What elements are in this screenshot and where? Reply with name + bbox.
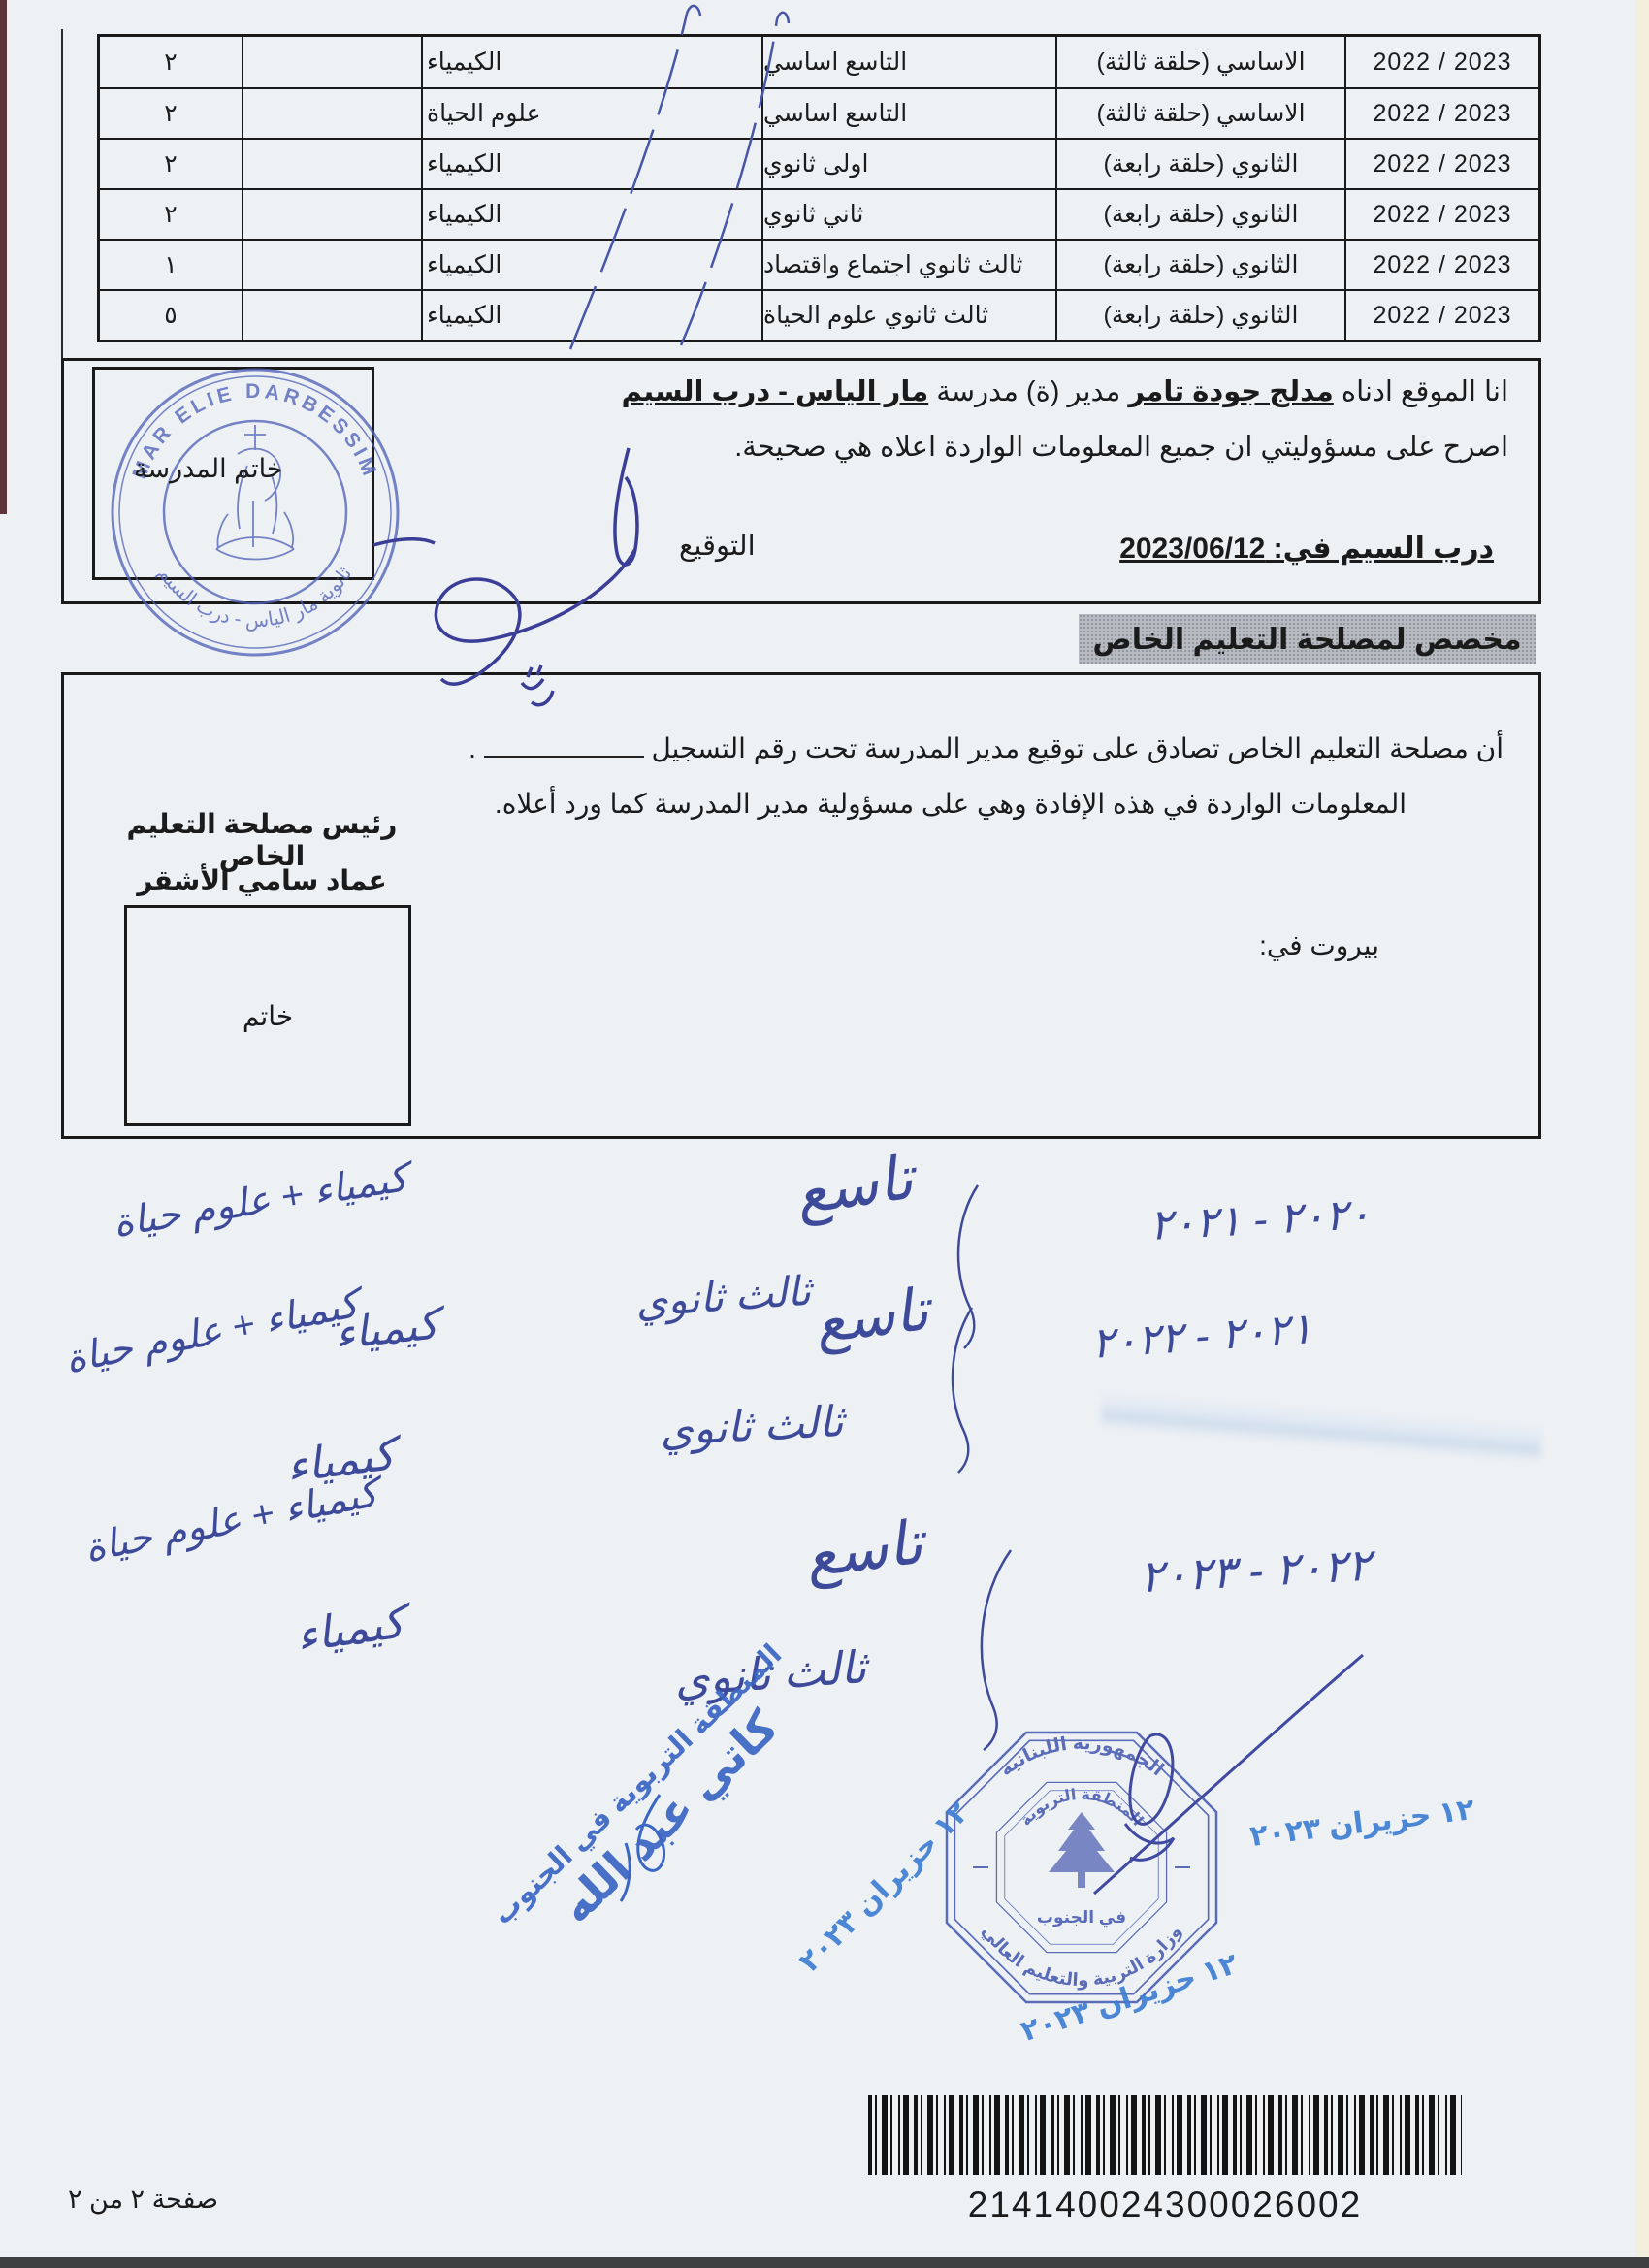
- svg-text:الجمهورية اللبنانية: الجمهورية اللبنانية: [996, 1733, 1167, 1780]
- date-stamp: ١٢ حزيران ٢٠٢٣: [1248, 1793, 1476, 1854]
- regional-clerk-name: كاتي عبد الله: [489, 1664, 826, 1993]
- classes-table: ٢ الكيمياء التاسع اساسي الاساسي (حلقة ثا…: [97, 34, 1541, 342]
- table-cell-grade: التاسع اساسي: [761, 37, 1055, 87]
- octagon-south-text: في الجنوب: [1037, 1908, 1126, 1928]
- table-cell-year: 2022 / 2023: [1344, 289, 1538, 340]
- table-cell-subject: الكيمياء: [421, 188, 761, 239]
- chief-name: عماد سامي الأشقر: [87, 864, 436, 896]
- handwritten-years: ٢٠٢٠ - ٢٠٢١: [1148, 1189, 1373, 1250]
- scan-edge-bottom: [0, 2257, 1649, 2268]
- declaration-prefix: انا الموقع ادناه: [1342, 376, 1508, 407]
- certification-line-2: المعلومات الواردة في هذه الإفادة وهي على…: [495, 788, 1406, 820]
- table-cell-subject: الكيمياء: [421, 138, 761, 188]
- table-cell-year: 2022 / 2023: [1344, 239, 1538, 289]
- handwriting-braces: [953, 1185, 1011, 1750]
- regional-office-name: المنطقة التربوية في الجنوب: [464, 1637, 789, 1953]
- table-cell-count: ٥: [100, 289, 242, 340]
- table-cell-year: 2022 / 2023: [1344, 87, 1538, 138]
- handwritten-subject: كيمياء: [293, 1595, 407, 1662]
- table-cell-empty: [242, 188, 421, 239]
- handwritten-grade-9: تاسع: [811, 1276, 932, 1357]
- handwritten-years: ٢٠٢١ - ٢٠٢٢: [1089, 1304, 1313, 1369]
- table-cell-grade: ثالث ثانوي علوم الحياة: [761, 289, 1055, 340]
- line-period: .: [469, 733, 476, 763]
- place-and-date: درب السيم في: 2023/06/12: [1119, 532, 1494, 566]
- declaration-line-2: اصرح على مسؤوليتي ان جميع المعلومات الوا…: [364, 430, 1508, 464]
- table-cell-year: 2022 / 2023: [1344, 37, 1538, 87]
- handwritten-subjects: كيمياء + علوم حياة: [61, 1281, 362, 1382]
- table-cell-grade: ثاني ثانوي: [761, 188, 1055, 239]
- table-cell-count: ٢: [100, 138, 242, 188]
- handwritten-years: ٢٠٢٢ - ٢٠٢٣: [1139, 1539, 1373, 1603]
- table-cell-level: الاساسي (حلقة ثالثة): [1055, 87, 1344, 138]
- certification-text: أن مصلحة التعليم الخاص تصادق على توقيع م…: [651, 733, 1503, 763]
- table-cell-grade: ثالث ثانوي اجتماع واقتصاد: [761, 239, 1055, 289]
- registration-number-blank: [484, 736, 644, 758]
- table-cell-count: ٢: [100, 188, 242, 239]
- signature-label: التوقيع: [679, 529, 756, 563]
- handwritten-grade-3rd-sec: ثالث ثانوي: [634, 1267, 813, 1327]
- table-cell-level: الاساسي (حلقة ثالثة): [1055, 37, 1344, 87]
- declaration-middle: مدير (ة) مدرسة: [936, 376, 1120, 407]
- school-name: مار الياس - درب السيم: [622, 376, 929, 407]
- table-cell-subject: الكيمياء: [421, 239, 761, 289]
- table-cell-subject: الكيمياء: [421, 289, 761, 340]
- handwritten-subjects: كيمياء + علوم حياة: [110, 1155, 410, 1246]
- chief-title: رئيس مصلحة التعليم الخاص: [87, 808, 436, 872]
- table-cell-grade: التاسع اساسي: [761, 87, 1055, 138]
- scan-edge-left: [0, 0, 7, 514]
- date-stamp: ١٢ حزيران ٢٠٢٣: [1017, 1947, 1242, 2049]
- table-cell-year: 2022 / 2023: [1344, 188, 1538, 239]
- scanned-school-form-page: ٢ الكيمياء التاسع اساسي الاساسي (حلقة ثا…: [0, 0, 1649, 2268]
- handwritten-grade-9: تاسع: [801, 1507, 926, 1591]
- table-cell-level: الثانوي (حلقة رابعة): [1055, 289, 1344, 340]
- date-stamp: ١٢ حزيران ٢٠٢٣: [792, 1796, 976, 1979]
- table-cell-empty: [242, 37, 421, 87]
- handwritten-grade-3rd-sec: ثالث ثانوي: [659, 1397, 845, 1456]
- table-cell-count: ١: [100, 239, 242, 289]
- octagon-region-text: المنطقة التربوية: [1018, 1787, 1146, 1830]
- beirut-date-label: بيروت في:: [1259, 929, 1379, 961]
- table-cell-level: الثانوي (حلقة رابعة): [1055, 188, 1344, 239]
- octagon-republic-text: الجمهورية اللبنانية: [996, 1733, 1167, 1780]
- table-cell-subject: الكيمياء: [421, 37, 761, 87]
- svg-text:المنطقة التربوية: المنطقة التربوية: [1018, 1787, 1146, 1830]
- cedar-tree-icon: [1049, 1812, 1115, 1888]
- stamp-placeholder-label: خاتم: [242, 1000, 293, 1032]
- table-cell-year: 2022 / 2023: [1344, 138, 1538, 188]
- private-education-section-header: مخصص لمصلحة التعليم الخاص: [1079, 614, 1536, 664]
- regional-office-stamp: المنطقة التربوية في الجنوب كاتي عبد الله: [464, 1637, 826, 1993]
- table-cell-empty: [242, 239, 421, 289]
- table-cell-grade: اولى ثانوي: [761, 138, 1055, 188]
- barcode: [868, 2095, 1462, 2175]
- table-cell-subject: علوم الحياة: [421, 87, 761, 138]
- table-cell-empty: [242, 289, 421, 340]
- barcode-number: 214140024300026002: [868, 2185, 1462, 2225]
- school-stamp-box-label: خاتم المدرسة: [134, 454, 283, 484]
- director-name: مدلج جودة تامر: [1128, 376, 1333, 407]
- certification-line-1: أن مصلحة التعليم الخاص تصادق على توقيع م…: [469, 732, 1503, 764]
- outer-frame-left-border: [61, 29, 63, 359]
- scan-edge-right: [1636, 0, 1649, 2268]
- handwritten-subjects: كيمياء + علوم حياة: [81, 1471, 381, 1571]
- table-cell-empty: [242, 138, 421, 188]
- handwritten-grade-9: تاسع: [792, 1142, 918, 1228]
- ink-smudge: [1100, 1391, 1542, 1461]
- page-number-label: صفحة ٢ من ٢: [68, 2185, 218, 2215]
- table-cell-count: ٢: [100, 87, 242, 138]
- table-cell-empty: [242, 87, 421, 138]
- table-cell-level: الثانوي (حلقة رابعة): [1055, 138, 1344, 188]
- stamp-placeholder-box: خاتم: [124, 905, 411, 1126]
- table-cell-count: ٢: [100, 37, 242, 87]
- table-cell-level: الثانوي (حلقة رابعة): [1055, 239, 1344, 289]
- declaration-line-1: انا الموقع ادناه مدلج جودة تامر مدير (ة)…: [364, 378, 1508, 406]
- octagon-signature-scribble: [1094, 1655, 1363, 1894]
